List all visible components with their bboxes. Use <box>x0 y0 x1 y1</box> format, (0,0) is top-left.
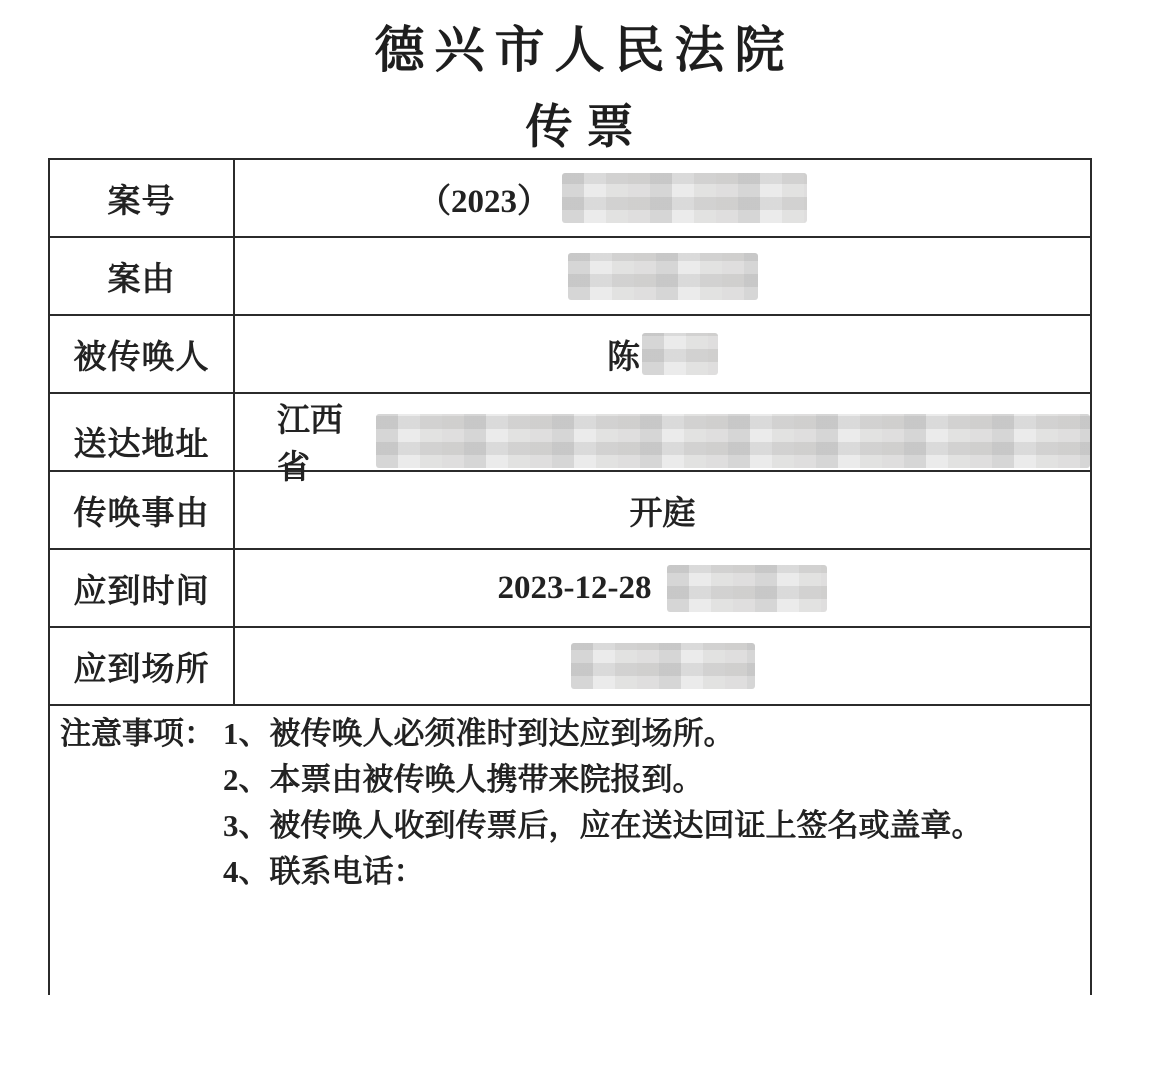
row-cause-of-action: 案由 <box>50 238 1090 316</box>
field-label-case-number: 案号 <box>50 160 235 236</box>
row-delivery-address: 送达地址 江西省 <box>50 394 1090 472</box>
redaction-blur <box>376 414 1090 468</box>
notes-label: 注意事项： <box>60 711 223 895</box>
redaction-blur <box>562 173 807 223</box>
field-label-cause: 案由 <box>50 238 235 314</box>
summons-reason-text: 开庭 <box>630 487 696 534</box>
field-value-appear-place <box>235 628 1090 704</box>
summons-table: 案号 （2023） 案由 被传唤人 陈 <box>48 158 1092 995</box>
field-value-case-number: （2023） <box>235 160 1090 236</box>
notes-section: 注意事项： 1、被传唤人必须准时到达应到场所。 2、本票由被传唤人携带来院报到。… <box>50 706 1090 995</box>
court-name: 德兴市人民法院 <box>0 10 1159 82</box>
summoned-person-prefix: 陈 <box>607 331 640 378</box>
note-item-2: 2、本票由被传唤人携带来院报到。 <box>223 757 1078 803</box>
field-label-appear-place: 应到场所 <box>50 628 235 704</box>
redaction-blur <box>568 253 758 300</box>
case-number-prefix: （2023） <box>418 175 550 222</box>
field-label-appear-time: 应到时间 <box>50 550 235 626</box>
note-item-4: 4、联系电话： <box>223 849 1078 895</box>
redaction-blur <box>642 333 718 375</box>
redaction-blur <box>667 565 827 612</box>
row-summons-reason: 传唤事由 开庭 <box>50 472 1090 550</box>
note-item-1: 1、被传唤人必须准时到达应到场所。 <box>223 711 1078 757</box>
row-summoned-person: 被传唤人 陈 <box>50 316 1090 394</box>
notes-items: 1、被传唤人必须准时到达应到场所。 2、本票由被传唤人携带来院报到。 3、被传唤… <box>223 711 1078 895</box>
field-label-summoned-person: 被传唤人 <box>50 316 235 392</box>
document-title: 传票 <box>0 90 1159 157</box>
field-label-summons-reason: 传唤事由 <box>50 472 235 548</box>
field-value-summoned-person: 陈 <box>235 316 1090 392</box>
row-case-number: 案号 （2023） <box>50 160 1090 238</box>
field-value-appear-time: 2023-12-28 <box>235 550 1090 626</box>
field-value-cause <box>235 238 1090 314</box>
note-item-3: 3、被传唤人收到传票后，应在送达回证上签名或盖章。 <box>223 803 1078 849</box>
appear-time-prefix: 2023-12-28 <box>498 570 652 607</box>
row-appear-time: 应到时间 2023-12-28 <box>50 550 1090 628</box>
field-value-summons-reason: 开庭 <box>235 472 1090 548</box>
redaction-blur <box>571 643 755 689</box>
row-appear-place: 应到场所 <box>50 628 1090 706</box>
summons-document: 德兴市人民法院 传票 案号 （2023） 案由 被传唤人 <box>0 0 1159 1078</box>
